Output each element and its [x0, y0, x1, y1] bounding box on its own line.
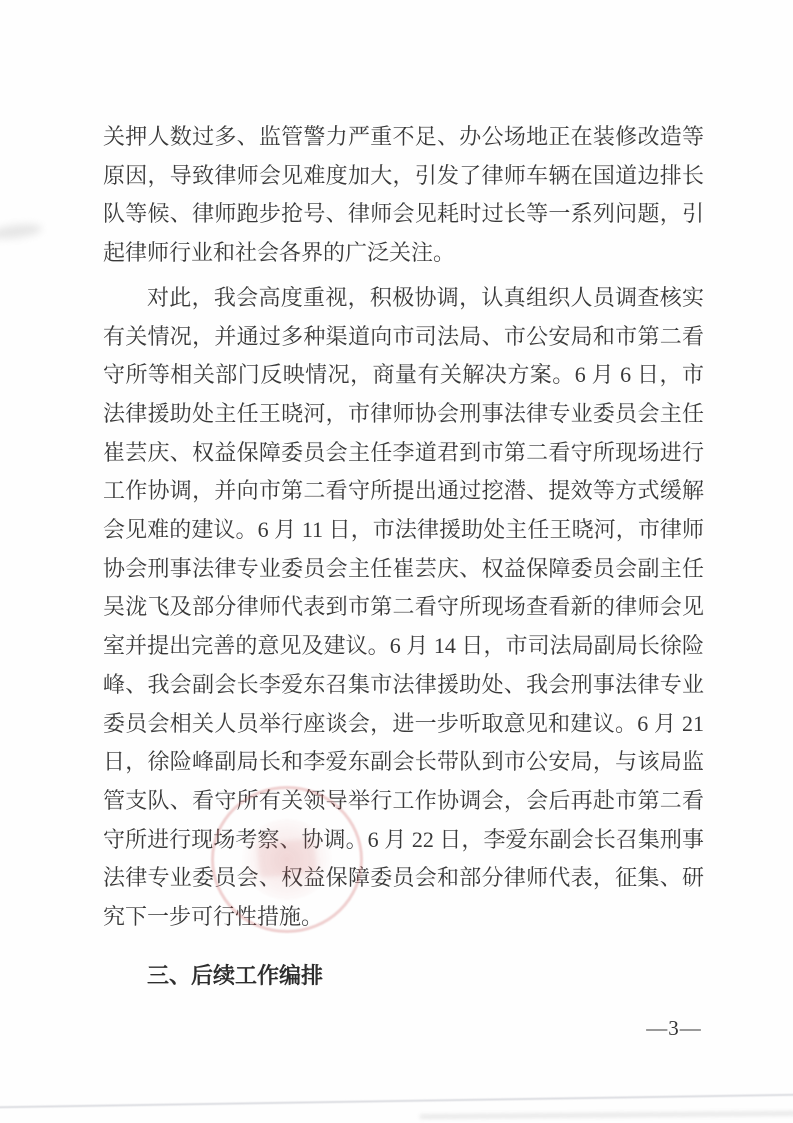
scan-paper-edge-line [0, 1094, 793, 1108]
page-number: —3— [636, 1016, 712, 1041]
scan-bottom-smear [420, 1111, 793, 1118]
body-paragraph-2: 对此，我会高度重视，积极协调，认真组织人员调查核实有关情况，并通过多种渠道向市司… [103, 279, 704, 937]
body-paragraph-1: 关押人数过多、监管警力严重不足、办公场地正在装修改造等原因，导致律师会见难度加大… [103, 118, 704, 273]
scan-smudge-left-edge [0, 222, 43, 241]
section-heading: 三、后续工作编排 [103, 957, 704, 996]
document-page: 关押人数过多、监管警力严重不足、办公场地正在装修改造等原因，导致律师会见难度加大… [0, 0, 793, 1123]
document-body: 关押人数过多、监管警力严重不足、办公场地正在装修改造等原因，导致律师会见难度加大… [103, 118, 704, 995]
